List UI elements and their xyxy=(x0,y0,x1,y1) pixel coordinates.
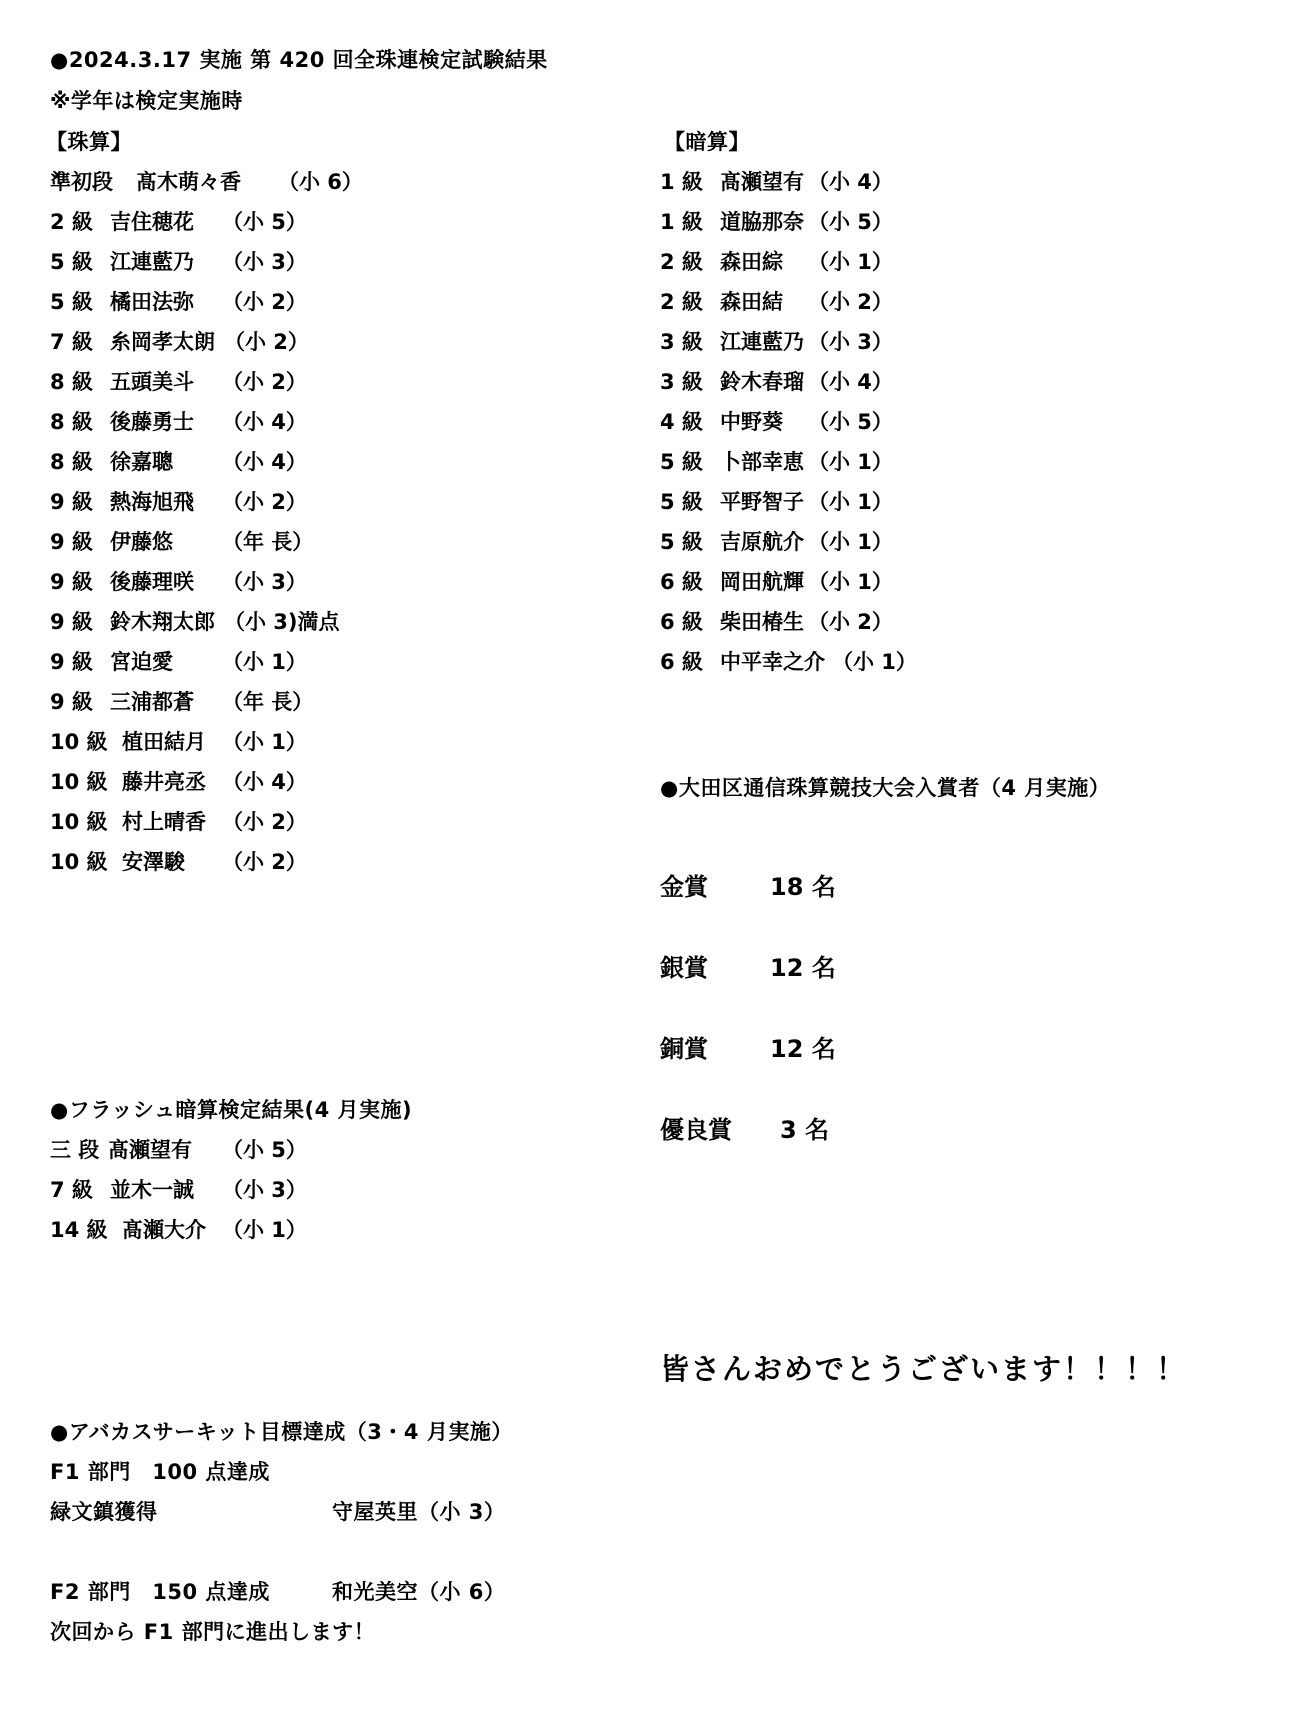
school-year: （小 1） xyxy=(808,528,893,556)
student-name: 徐嘉聰 xyxy=(110,448,173,476)
grade: 8 級 xyxy=(50,448,93,476)
congratulations-message: 皆さんおめでとうございます！！！！ xyxy=(660,1350,1187,1388)
school-year: （小 2） xyxy=(222,848,307,876)
grade: 6 級 xyxy=(660,648,703,676)
grade: 3 級 xyxy=(660,328,703,356)
award-count: 3 名 xyxy=(780,1114,829,1146)
grade: 9 級 xyxy=(50,528,93,556)
award-count: 18 名 xyxy=(770,871,836,903)
f2-achievement: F2 部門 150 点達成 xyxy=(50,1578,270,1606)
grade: 準初段 xyxy=(50,168,113,196)
grade: 5 級 xyxy=(50,288,93,316)
f2-student: 和光美空（小 6） xyxy=(332,1578,505,1606)
student-name: 植田結月 xyxy=(122,728,206,756)
grade: 3 級 xyxy=(660,368,703,396)
student-name: 中野葵 xyxy=(720,408,783,436)
school-year: （小 4） xyxy=(222,768,307,796)
grade: 10 級 xyxy=(50,848,108,876)
student-name: 三浦都蒼 xyxy=(110,688,194,716)
school-year: （小 6） xyxy=(278,168,363,196)
grade: 9 級 xyxy=(50,568,93,596)
school-year: （小 3） xyxy=(808,328,893,356)
student-name: 後藤勇士 xyxy=(110,408,194,436)
school-year: （小 1） xyxy=(222,648,307,676)
school-year: （小 3)満点 xyxy=(224,608,340,636)
grade: 9 級 xyxy=(50,648,93,676)
school-year: （小 5） xyxy=(222,1136,307,1164)
soroban-heading: 【珠算】 xyxy=(46,128,132,156)
school-year: （小 1） xyxy=(808,248,893,276)
grade: 9 級 xyxy=(50,608,93,636)
school-year: （年 長） xyxy=(222,688,313,716)
grade: 5 級 xyxy=(50,248,93,276)
grade: 10 級 xyxy=(50,768,108,796)
school-year: （小 2） xyxy=(222,808,307,836)
student-name: 森田結 xyxy=(720,288,783,316)
student-name: 髙瀬望有 xyxy=(108,1136,192,1164)
school-year: （小 2） xyxy=(222,368,307,396)
student-name: 後藤理咲 xyxy=(110,568,194,596)
student-name: 糸岡孝太朗 xyxy=(110,328,215,356)
school-year: （小 5） xyxy=(808,208,893,236)
student-name: 鈴木翔太郎 xyxy=(110,608,215,636)
grade: 5 級 xyxy=(660,488,703,516)
grade: 6 級 xyxy=(660,568,703,596)
grade: 9 級 xyxy=(50,688,93,716)
student-name: 藤井亮丞 xyxy=(122,768,206,796)
f1-award: 緑文鎮獲得 xyxy=(50,1498,158,1526)
anzan-heading: 【暗算】 xyxy=(664,128,750,156)
school-year: （小 3） xyxy=(222,248,307,276)
award-label: 優良賞 xyxy=(660,1114,732,1146)
school-year: （小 3） xyxy=(222,568,307,596)
school-year: （小 2） xyxy=(808,608,893,636)
school-year: （小 4） xyxy=(222,408,307,436)
f1-student: 守屋英里（小 3） xyxy=(332,1498,505,1526)
school-year: （小 2） xyxy=(224,328,309,356)
school-year: （小 5） xyxy=(222,208,307,236)
grade: 三 段 xyxy=(50,1136,99,1164)
award-label: 金賞 xyxy=(660,871,708,903)
award-label: 銀賞 xyxy=(660,952,708,984)
grade: 1 級 xyxy=(660,168,703,196)
student-name: 伊藤悠 xyxy=(110,528,173,556)
school-year: （小 2） xyxy=(222,488,307,516)
student-name: 髙瀬望有 xyxy=(720,168,804,196)
school-year: （小 1） xyxy=(222,1216,307,1244)
school-year: （小 1） xyxy=(222,728,307,756)
grade: 8 級 xyxy=(50,368,93,396)
student-name: 柴田椿生 xyxy=(720,608,804,636)
school-year: （年 長） xyxy=(222,528,313,556)
ota-contest-heading: ●大田区通信珠算競技大会入賞者（4 月実施） xyxy=(660,774,1110,802)
student-name: 中平幸之介 xyxy=(720,648,825,676)
award-label: 銅賞 xyxy=(660,1033,708,1065)
student-name: 森田綜 xyxy=(720,248,783,276)
student-name: 熱海旭飛 xyxy=(110,488,194,516)
school-year: （小 3） xyxy=(222,1176,307,1204)
school-year: （小 1） xyxy=(832,648,917,676)
student-name: 道脇那奈 xyxy=(720,208,804,236)
student-name: 江連藍乃 xyxy=(110,248,194,276)
student-name: 鈴木春瑠 xyxy=(720,368,804,396)
student-name: 平野智子 xyxy=(720,488,804,516)
award-count: 12 名 xyxy=(770,952,836,984)
grade: 14 級 xyxy=(50,1216,108,1244)
f2-note: 次回から F1 部門に進出します！ xyxy=(50,1618,375,1646)
grade: 7 級 xyxy=(50,1176,93,1204)
school-year: （小 5） xyxy=(808,408,893,436)
grade: 1 級 xyxy=(660,208,703,236)
grade: 2 級 xyxy=(660,248,703,276)
student-name: 髙瀬大介 xyxy=(122,1216,206,1244)
school-year: （小 1） xyxy=(808,448,893,476)
school-year: （小 1） xyxy=(808,488,893,516)
f1-achievement: F1 部門 100 点達成 xyxy=(50,1458,270,1486)
school-year: （小 1） xyxy=(808,568,893,596)
abacus-circuit-heading: ●アバカスサーキット目標達成（3・4 月実施） xyxy=(50,1418,513,1446)
award-count: 12 名 xyxy=(770,1033,836,1065)
grade: 10 級 xyxy=(50,808,108,836)
student-name: 橘田法弥 xyxy=(110,288,194,316)
student-name: 吉住穂花 xyxy=(110,208,194,236)
school-year: （小 4） xyxy=(808,368,893,396)
student-name: 安澤駿 xyxy=(122,848,185,876)
grade: 10 級 xyxy=(50,728,108,756)
grade: 8 級 xyxy=(50,408,93,436)
school-year: （小 2） xyxy=(808,288,893,316)
student-name: 宮迫愛 xyxy=(110,648,173,676)
flash-heading: ●フラッシュ暗算検定結果(4 月実施) xyxy=(50,1096,412,1124)
grade: 2 級 xyxy=(660,288,703,316)
grade: 7 級 xyxy=(50,328,93,356)
grade: 6 級 xyxy=(660,608,703,636)
student-name: 吉原航介 xyxy=(720,528,804,556)
school-year: （小 2） xyxy=(222,288,307,316)
grade-note: ※学年は検定実施時 xyxy=(50,87,243,115)
student-name: 村上晴香 xyxy=(122,808,206,836)
grade: 5 級 xyxy=(660,448,703,476)
student-name: 江連藍乃 xyxy=(720,328,804,356)
student-name: 並木一誠 xyxy=(110,1176,194,1204)
grade: 9 級 xyxy=(50,488,93,516)
grade: 2 級 xyxy=(50,208,93,236)
student-name: 卜部幸恵 xyxy=(720,448,804,476)
school-year: （小 4） xyxy=(808,168,893,196)
document-title: ●2024.3.17 実施 第 420 回全珠連検定試験結果 xyxy=(50,46,548,74)
student-name: 岡田航輝 xyxy=(720,568,804,596)
student-name: 髙木萌々香 xyxy=(136,168,241,196)
student-name: 五頭美斗 xyxy=(110,368,194,396)
school-year: （小 4） xyxy=(222,448,307,476)
grade: 4 級 xyxy=(660,408,703,436)
grade: 5 級 xyxy=(660,528,703,556)
